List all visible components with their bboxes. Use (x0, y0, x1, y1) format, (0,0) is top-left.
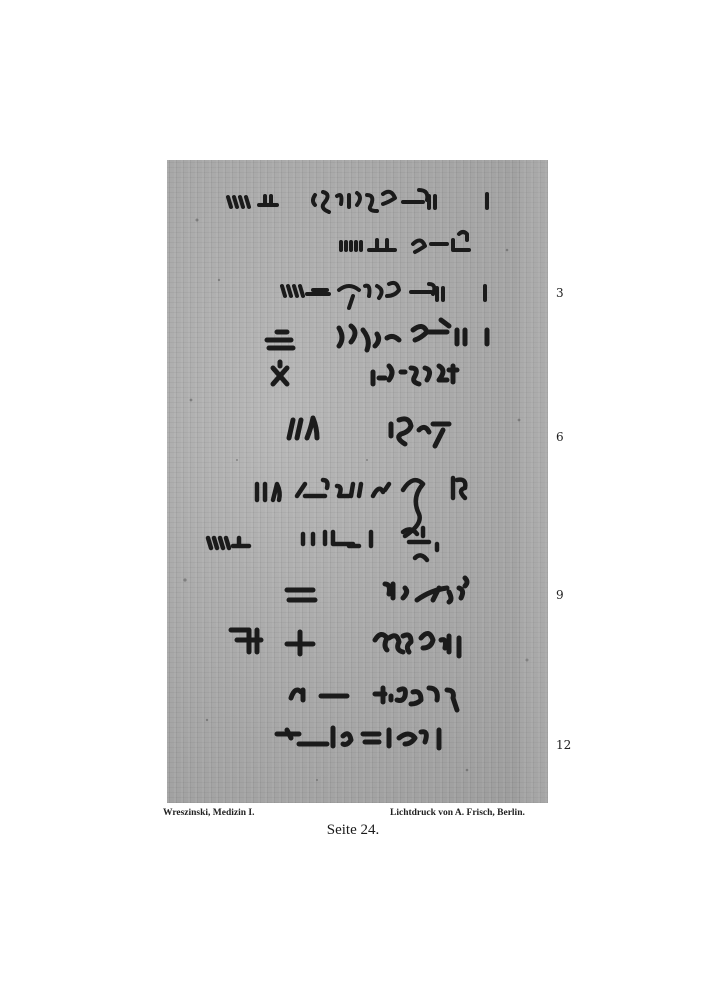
hieratic-text-strokes (167, 160, 548, 803)
papyrus-plate-image (167, 160, 548, 803)
hieratic-line-2 (341, 232, 469, 252)
hieratic-line-8 (208, 528, 437, 560)
margin-line-number-3: 3 (556, 286, 564, 300)
hieratic-line-3 (282, 283, 485, 308)
hieratic-line-5 (273, 362, 457, 384)
hieratic-line-10 (231, 630, 459, 656)
margin-line-number-12: 12 (556, 738, 571, 752)
caption-author-title: Wreszinski, Medizin I. (163, 808, 255, 818)
hieratic-line-9 (287, 578, 467, 602)
papyrus-speckle-texture (183, 219, 528, 782)
page-label: Seite 24. (0, 822, 706, 839)
caption-printer-credit: Lichtdruck von A. Frisch, Berlin. (390, 808, 525, 818)
hieratic-line-12 (277, 728, 439, 748)
hieratic-line-7 (257, 478, 465, 536)
hieratic-line-1 (228, 190, 487, 212)
hieratic-line-11 (291, 688, 457, 710)
hieratic-line-4 (267, 320, 487, 350)
hieratic-line-6 (289, 418, 449, 446)
margin-line-number-9: 9 (556, 588, 564, 602)
margin-line-number-6: 6 (556, 430, 564, 444)
